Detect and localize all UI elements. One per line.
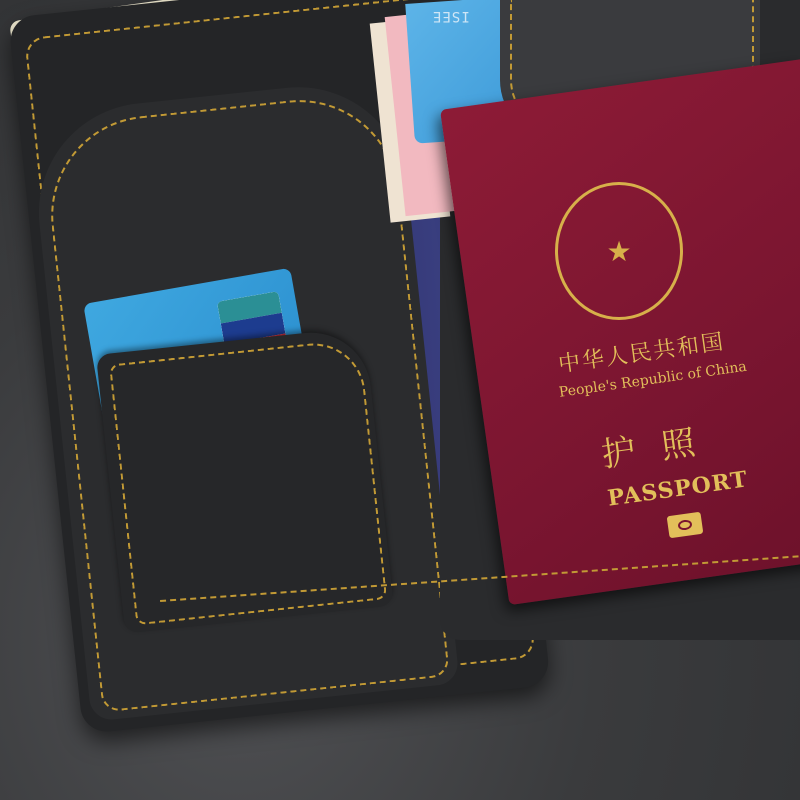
- biometric-chip-icon: [667, 512, 704, 539]
- card-pocket-stitching: [109, 338, 387, 625]
- card-number-text: ISEE: [432, 8, 470, 24]
- national-emblem-icon: ★: [555, 182, 683, 320]
